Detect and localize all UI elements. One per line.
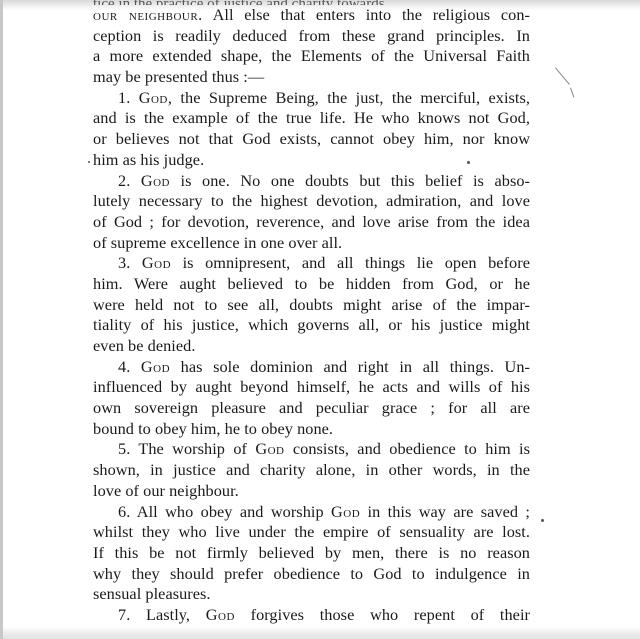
text-line: tiality of his justice, which governs al… <box>93 315 530 336</box>
scan-artifact-stroke <box>555 67 570 84</box>
text-line: bound to obey him, he to obey none. <box>93 419 530 440</box>
page-left-edge <box>0 0 3 639</box>
text-line: If this be not firmly believed by men, t… <box>93 543 530 564</box>
text-line: even be denied. <box>93 336 530 357</box>
text-line: shown, in justice and charity alone, in … <box>93 460 530 481</box>
text-line: of supreme excellence in one over all. <box>93 233 530 254</box>
text-line: or believes not that God exists, cannot … <box>93 129 530 150</box>
speck <box>88 161 90 163</box>
text-line: him. Were aught believed to be hidden fr… <box>93 274 530 295</box>
text-line: and is the example of the true life. He … <box>93 108 530 129</box>
scan-artifact-stroke <box>570 88 574 98</box>
text-line: 1. God, the Supreme Being, the just, the… <box>93 88 530 109</box>
text-line: ception is readily deduced from these gr… <box>93 26 530 47</box>
text-line: our neighbour. All else that enters into… <box>93 5 530 26</box>
speck <box>541 519 544 522</box>
text-line: own sovereign pleasure and peculiar grac… <box>93 398 530 419</box>
text-line: a more extended shape, the Elements of t… <box>93 46 530 67</box>
text-line: 7. Lastly, God forgives those who repent… <box>93 605 530 626</box>
text-line: 6. All who obey and worship God in this … <box>93 502 530 523</box>
bottom-page-edge <box>3 627 640 639</box>
text-line: him as his judge. <box>93 150 530 171</box>
text-line: love of our neighbour. <box>93 481 530 502</box>
text-line: sensual pleasures. <box>93 584 530 605</box>
text-line: whilst they who live under the empire of… <box>93 522 530 543</box>
text-line: why they should prefer obedience to God … <box>93 564 530 585</box>
text-line: were held not to see all, doubts might a… <box>93 295 530 316</box>
text-line: 5. The worship of God consists, and obed… <box>93 439 530 460</box>
text-line: of God ; for devotion, reverence, and lo… <box>93 212 530 233</box>
text-line: may be presented thus :— <box>93 67 530 88</box>
text-line: 3. God is omnipresent, and all things li… <box>93 253 530 274</box>
speck <box>467 161 470 164</box>
book-page-text: tice in the practice of justice and char… <box>93 3 530 626</box>
text-line: 4. God has sole dominion and right in al… <box>93 357 530 378</box>
text-lines: our neighbour. All else that enters into… <box>93 5 530 626</box>
text-line: influenced by aught beyond himself, he a… <box>93 377 530 398</box>
text-line: lutely necessary to the highest devotion… <box>93 191 530 212</box>
text-line: 2. God is one. No one doubts but this be… <box>93 171 530 192</box>
